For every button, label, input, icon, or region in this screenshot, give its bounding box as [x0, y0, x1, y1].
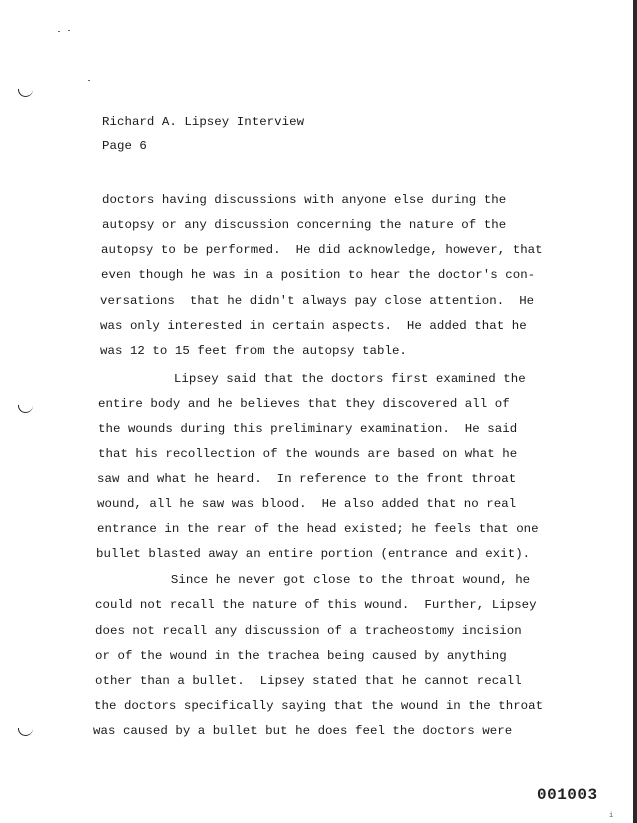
- body-line: even though he was in a position to hear…: [101, 268, 535, 282]
- page-number-label: Page 6: [102, 139, 147, 153]
- document-title: Richard A. Lipsey Interview: [102, 115, 304, 129]
- scan-speck: [88, 80, 90, 81]
- body-line: was caused by a bullet but he does feel …: [93, 724, 512, 738]
- body-line: that his recollection of the wounds are …: [98, 447, 517, 461]
- body-line: does not recall any discussion of a trac…: [95, 624, 522, 638]
- bates-stamp-number: 001003: [537, 786, 598, 804]
- document-page: Richard A. Lipsey Interview Page 6 docto…: [0, 0, 637, 823]
- body-line: other than a bullet. Lipsey stated that …: [95, 674, 522, 688]
- body-line: the doctors specifically saying that the…: [94, 699, 543, 713]
- scan-edge-border: [633, 0, 637, 823]
- body-line: versations that he didn't always pay clo…: [100, 294, 534, 308]
- body-line: or of the wound in the trachea being cau…: [95, 649, 507, 663]
- scan-artifact-mark: i: [609, 812, 613, 820]
- binder-hole-mark: [18, 405, 33, 413]
- body-line: entrance in the rear of the head existed…: [97, 522, 539, 536]
- body-line: the wounds during this preliminary exami…: [98, 422, 517, 436]
- body-line: autopsy to be performed. He did acknowle…: [101, 243, 543, 257]
- body-line: could not recall the nature of this woun…: [95, 598, 537, 612]
- scan-speck: [58, 31, 60, 32]
- binder-hole-mark: [18, 89, 33, 97]
- body-line: saw and what he heard. In reference to t…: [97, 472, 516, 486]
- body-line: Lipsey said that the doctors first exami…: [99, 372, 526, 386]
- body-line: was only interested in certain aspects. …: [100, 319, 527, 333]
- body-line: bullet blasted away an entire portion (e…: [96, 547, 530, 561]
- scan-speck: [68, 30, 70, 31]
- body-line: autopsy or any discussion concerning the…: [102, 218, 506, 232]
- body-line: Since he never got close to the throat w…: [96, 573, 530, 587]
- body-line: doctors having discussions with anyone e…: [102, 193, 506, 207]
- body-line: entire body and he believes that they di…: [98, 397, 510, 411]
- binder-hole-mark: [18, 728, 33, 736]
- body-line: was 12 to 15 feet from the autopsy table…: [100, 344, 407, 358]
- body-line: wound, all he saw was blood. He also add…: [97, 497, 516, 511]
